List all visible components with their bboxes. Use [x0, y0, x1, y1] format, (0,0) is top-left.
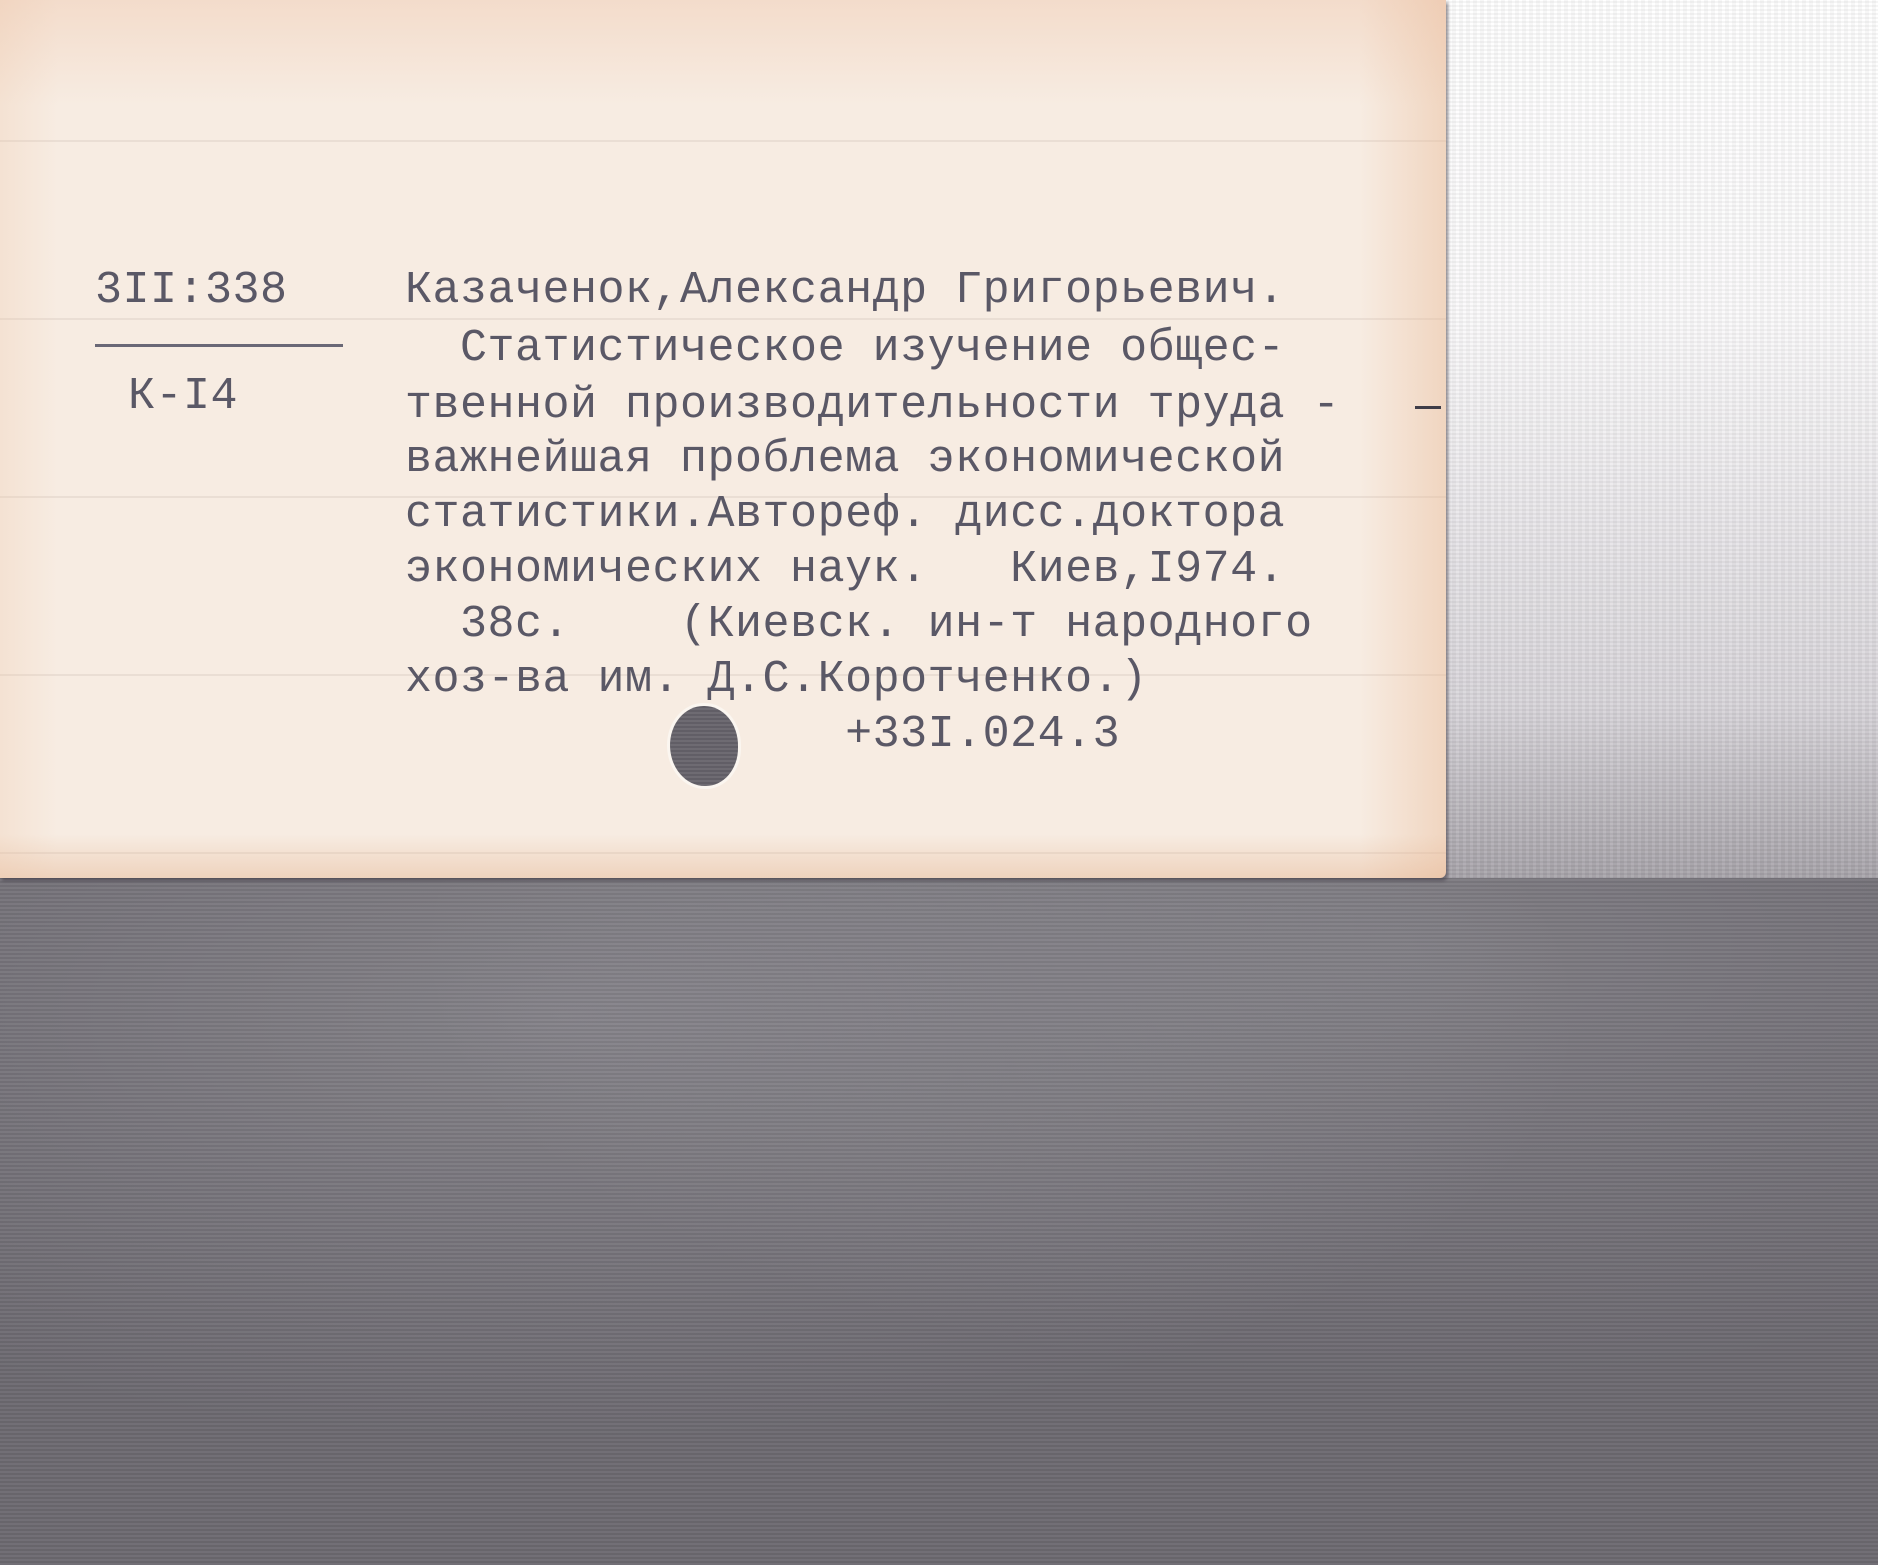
- added-classification: +33I.024.3: [405, 712, 1120, 757]
- pencil-dash-mark: [1415, 406, 1441, 409]
- card-line: экономических наук. Киев,I974.: [405, 547, 1285, 592]
- card-line: 38с. (Киевск. ин-т народного: [405, 602, 1313, 647]
- card-line: Статистическое изучение общес-: [405, 326, 1285, 371]
- card-punch-hole: [670, 706, 738, 786]
- catalog-card: 3II:338 К-I4 Казаченок,Александр Григорь…: [0, 0, 1446, 878]
- scanner-background: [0, 878, 1878, 1565]
- call-number-divider: [95, 344, 343, 347]
- card-line: статистики.Автореф. дисс.доктора: [405, 492, 1285, 537]
- card-line: хоз-ва им. Д.С.Коротченко.): [405, 657, 1148, 702]
- card-line: твенной производительности труда -: [405, 383, 1340, 428]
- card-line-author: Казаченок,Александр Григорьевич.: [405, 268, 1285, 313]
- author-mark: К-I4: [128, 374, 238, 419]
- classification-number: 3II:338: [95, 268, 288, 313]
- card-line: важнейшая проблема экономической: [405, 437, 1285, 482]
